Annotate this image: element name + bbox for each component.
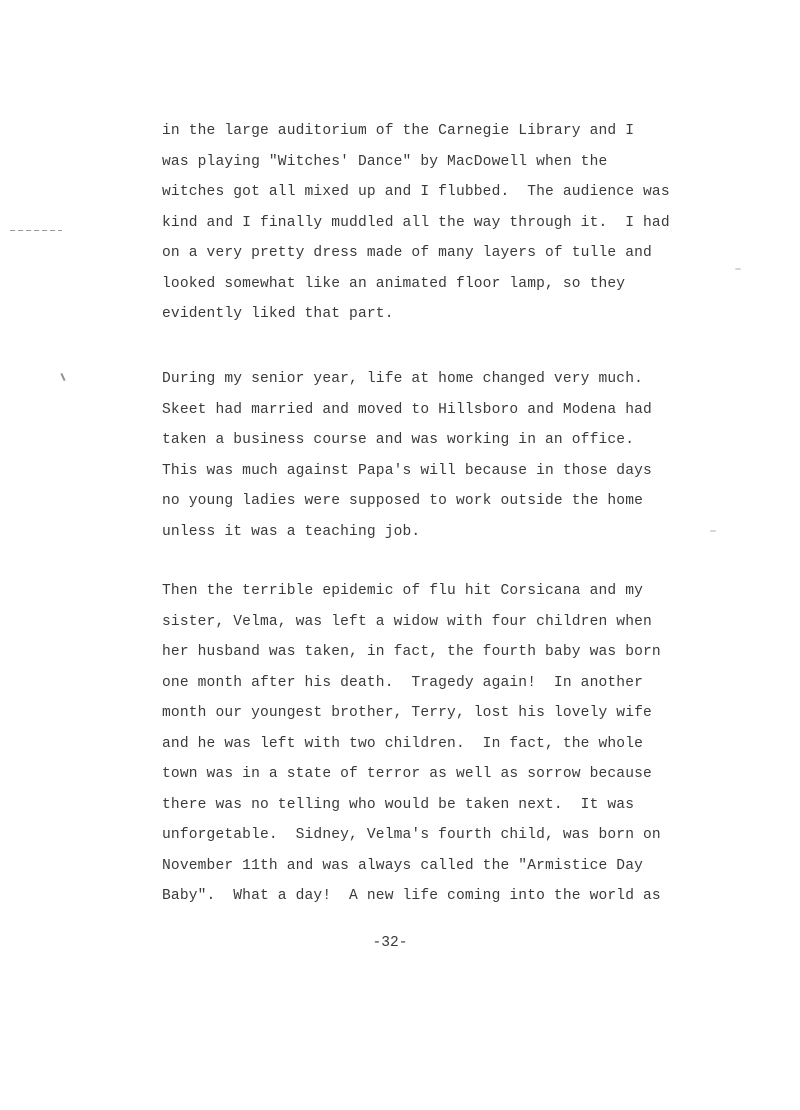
text-line: unless it was a teaching job.	[162, 517, 722, 548]
paragraph-carnegie-recital: in the large auditorium of the Carnegie …	[162, 116, 722, 330]
text-line: kind and I finally muddled all the way t…	[162, 208, 722, 239]
text-line: taken a business course and was working …	[162, 425, 722, 456]
paragraph-flu-epidemic: Then the terrible epidemic of flu hit Co…	[162, 576, 722, 912]
text-line: sister, Velma, was left a widow with fou…	[162, 607, 722, 638]
text-line: town was in a state of terror as well as…	[162, 759, 722, 790]
text-line: looked somewhat like an animated floor l…	[162, 269, 722, 300]
text-line: November 11th and was always called the …	[162, 851, 722, 882]
text-line: in the large auditorium of the Carnegie …	[162, 116, 722, 147]
text-line: witches got all mixed up and I flubbed. …	[162, 177, 722, 208]
text-line: was playing "Witches' Dance" by MacDowel…	[162, 147, 722, 178]
page-number: -32-	[0, 928, 780, 958]
document-page: in the large auditorium of the Carnegie …	[0, 0, 800, 1110]
text-line: no young ladies were supposed to work ou…	[162, 486, 722, 517]
text-line: there was no telling who would be taken …	[162, 790, 722, 821]
text-line: one month after his death. Tragedy again…	[162, 668, 722, 699]
text-line: Baby". What a day! A new life coming int…	[162, 881, 722, 912]
scan-speck	[735, 268, 741, 270]
text-line: During my senior year, life at home chan…	[162, 364, 722, 395]
margin-scan-tick	[60, 373, 65, 381]
text-line: Then the terrible epidemic of flu hit Co…	[162, 576, 722, 607]
text-line: This was much against Papa's will becaus…	[162, 456, 722, 487]
text-line: her husband was taken, in fact, the four…	[162, 637, 722, 668]
text-line: evidently liked that part.	[162, 299, 722, 330]
text-line: month our youngest brother, Terry, lost …	[162, 698, 722, 729]
text-line: Skeet had married and moved to Hillsboro…	[162, 395, 722, 426]
text-line: unforgetable. Sidney, Velma's fourth chi…	[162, 820, 722, 851]
margin-scan-mark	[10, 230, 62, 231]
text-line: and he was left with two children. In fa…	[162, 729, 722, 760]
text-line: on a very pretty dress made of many laye…	[162, 238, 722, 269]
paragraph-senior-year: During my senior year, life at home chan…	[162, 364, 722, 547]
